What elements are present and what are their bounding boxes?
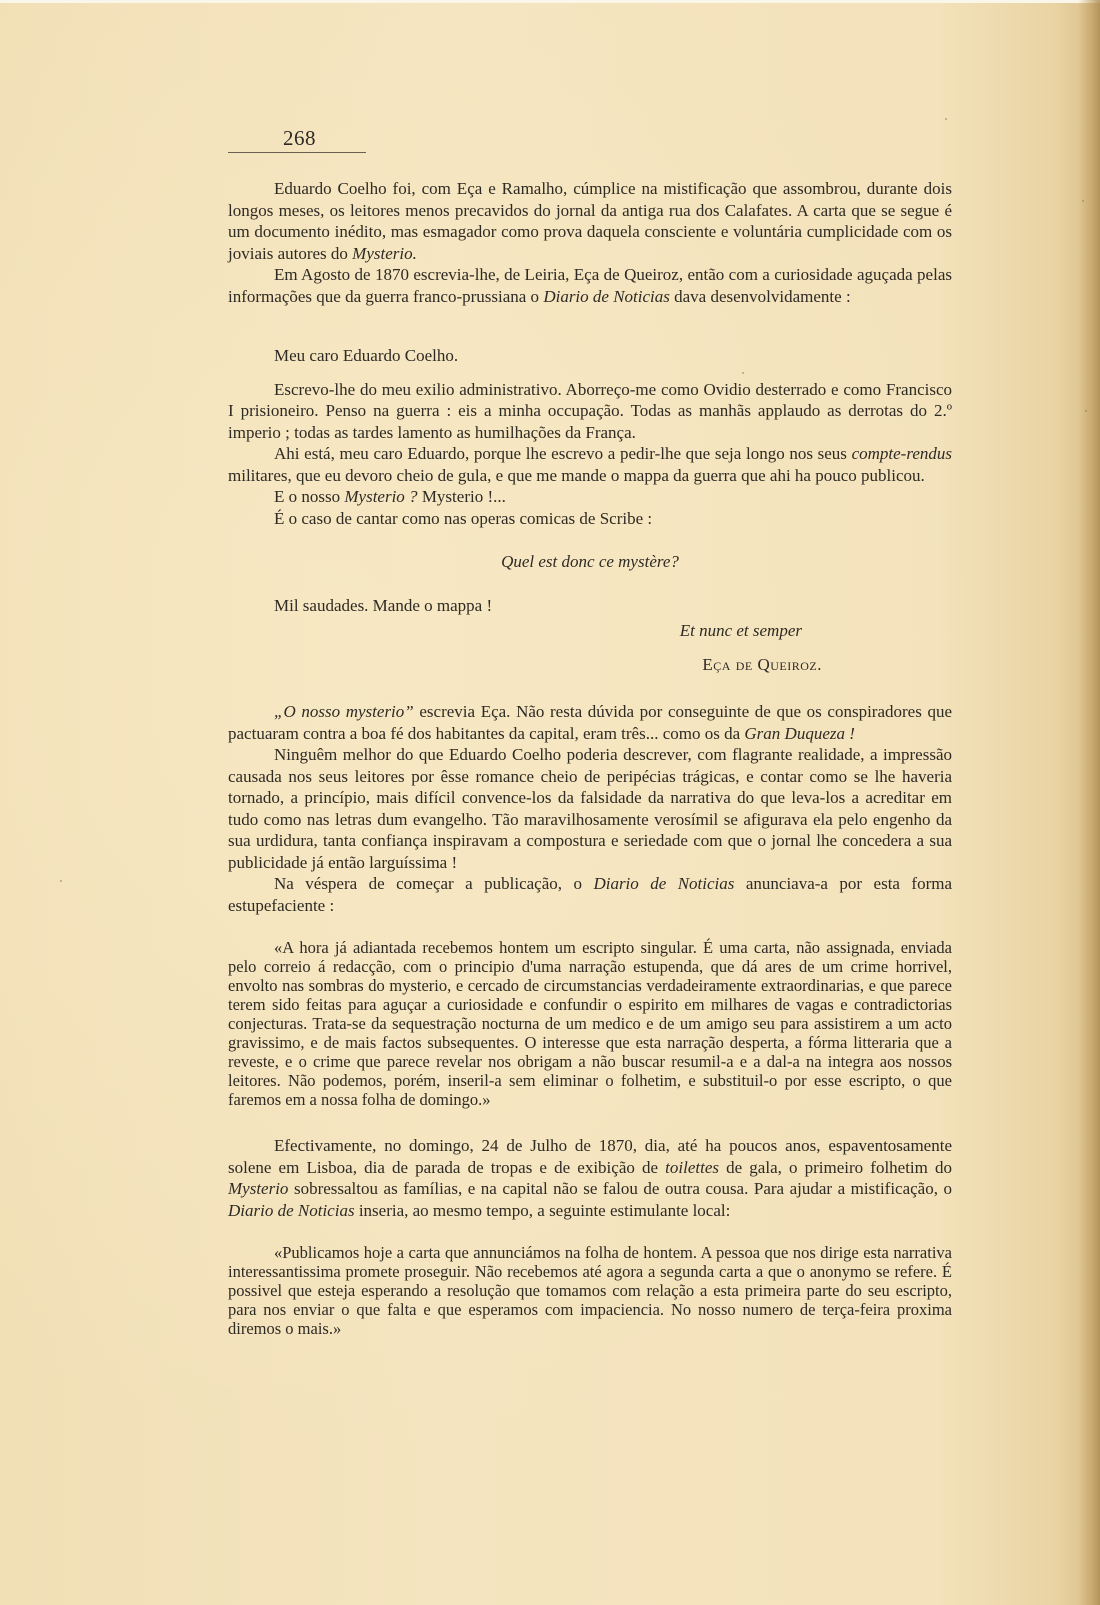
page-body: Eduardo Coelho foi, com Eça e Ramalho, c… (228, 178, 952, 1338)
page-number: 268 (283, 126, 316, 151)
letter-paragraph-4: É o caso de cantar como nas operas comic… (228, 508, 952, 530)
scanned-page: 268 Eduardo Coelho foi, com Eça e Ramalh… (0, 0, 1100, 1605)
page-number-rule (228, 152, 366, 153)
intro-paragraph-1: Eduardo Coelho foi, com Eça e Ramalho, c… (228, 178, 952, 264)
paper-speck (945, 118, 947, 120)
letter-salutation: Meu caro Eduardo Coelho. (228, 345, 952, 367)
letter-paragraph-2: Ahi está, meu caro Eduardo, porque lhe e… (228, 443, 952, 486)
paper-speck (1082, 200, 1084, 202)
newspaper-quote-2: «Publicamos hoje a carta que annunciámos… (228, 1243, 952, 1338)
intro-paragraph-2: Em Agosto de 1870 escrevia-lhe, de Leiri… (228, 264, 952, 307)
paper-speck (1085, 410, 1087, 412)
page-edge-shadow (1078, 0, 1100, 1605)
body-paragraph-3: Na véspera de começar a publicação, o Di… (228, 873, 952, 916)
letter-closing: Mil saudades. Mande o mappa ! (228, 595, 952, 617)
letter: Meu caro Eduardo Coelho. Escrevo-lhe do … (228, 345, 952, 675)
letter-signature: Eça de Queiroz. (228, 654, 952, 676)
newspaper-quote-1: «A hora já adiantada recebemos hontem um… (228, 938, 952, 1109)
body-paragraph-2: Ninguêm melhor do que Eduardo Coelho pod… (228, 744, 952, 873)
letter-paragraph-3: E o nosso Mysterio ? Mysterio !... (228, 486, 952, 508)
paper-speck (742, 372, 744, 374)
scan-top-edge (0, 0, 1100, 3)
paper-speck (60, 880, 62, 882)
body-paragraph-1: „O nosso mysterio” escrevia Eça. Não res… (228, 701, 952, 744)
letter-paragraph-1: Escrevo-lhe do meu exilio administrativo… (228, 379, 952, 444)
letter-motto: Et nunc et semper (228, 620, 952, 642)
body-paragraph-4: Efectivamente, no domingo, 24 de Julho d… (228, 1135, 952, 1221)
letter-verse: Quel est donc ce mystère? (228, 551, 952, 573)
